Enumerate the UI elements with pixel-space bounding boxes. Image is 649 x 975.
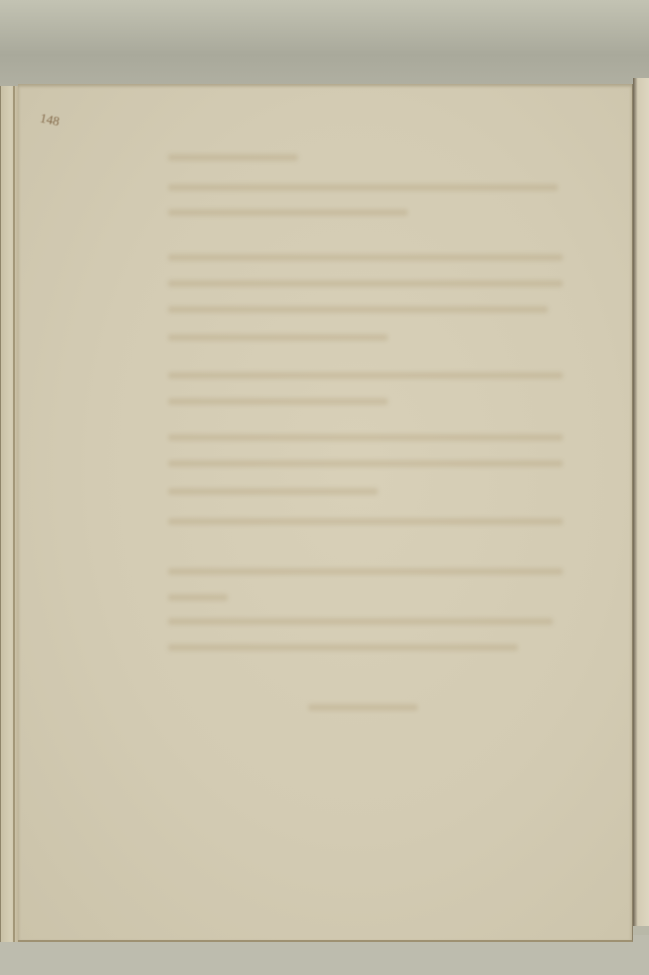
- illegible-text-line: [168, 184, 558, 191]
- illegible-text-line: [168, 154, 298, 161]
- illegible-text-line: [168, 434, 563, 441]
- illegible-text-line: [168, 209, 408, 216]
- illegible-text-line: [168, 398, 388, 405]
- illegible-text-line: [168, 518, 563, 525]
- illegible-text-line: [168, 488, 378, 495]
- illegible-text-line: [168, 306, 548, 313]
- manuscript-page: 148: [18, 84, 633, 942]
- folio-number: 148: [39, 110, 61, 130]
- illegible-text-line: [168, 372, 563, 379]
- facing-page-edge: [633, 78, 649, 926]
- illegible-text-line: [168, 334, 388, 341]
- illegible-text-line: [168, 618, 553, 625]
- illegible-text-line: [168, 254, 563, 261]
- illegible-text-line: [168, 280, 563, 287]
- illegible-text-line: [168, 644, 518, 651]
- illegible-text-line: [308, 704, 418, 711]
- illegible-text-line: [168, 460, 563, 467]
- illegible-text-line: [168, 568, 563, 575]
- illegible-text-line: [168, 594, 228, 601]
